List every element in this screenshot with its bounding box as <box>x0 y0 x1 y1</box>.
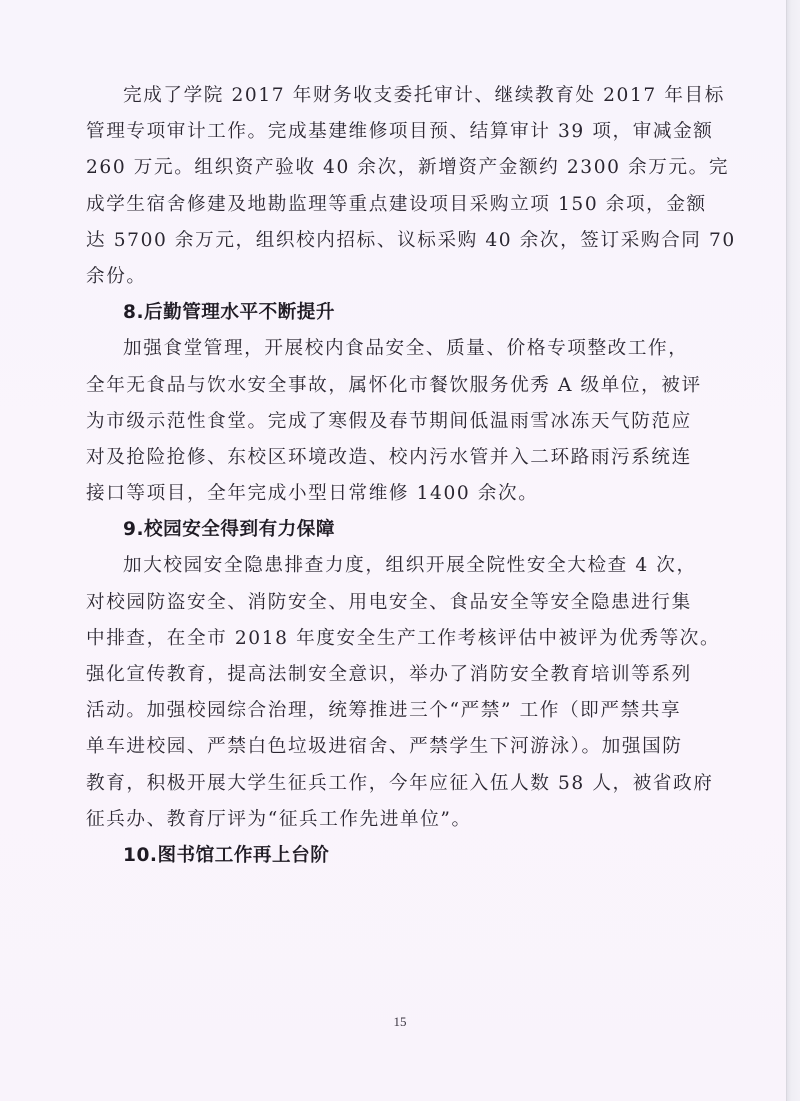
text-line: 余份。 <box>86 259 680 295</box>
text-line: 单车进校园、严禁白色垃圾进宿舍、严禁学生下河游泳）。加强国防 <box>86 729 680 765</box>
text-line: 征兵办、教育厅评为“征兵工作先进单位”。 <box>86 802 680 838</box>
section-heading-campus-safety: 9.校园安全得到有力保障 <box>86 512 680 548</box>
paragraph-audit-procurement: 完成了学院 2017 年财务收支委托审计、继续教育处 2017 年目标 管理专项… <box>86 78 680 295</box>
page-content: 完成了学院 2017 年财务收支委托审计、继续教育处 2017 年目标 管理专项… <box>86 78 680 874</box>
section-heading-library: 10.图书馆工作再上台阶 <box>86 838 680 874</box>
text-line: 活动。加强校园综合治理，统筹推进三个“严禁” 工作（即严禁共享 <box>86 693 680 729</box>
page-number: 15 <box>0 1014 800 1030</box>
text-line: 对校园防盗安全、消防安全、用电安全、食品安全等安全隐患进行集 <box>86 585 680 621</box>
text-line: 对及抢险抢修、东校区环境改造、校内污水管并入二环路雨污系统连 <box>86 440 680 476</box>
text-line: 加大校园安全隐患排查力度，组织开展全院性安全大检查 4 次， <box>86 548 680 584</box>
text-line: 接口等项目，全年完成小型日常维修 1400 余次。 <box>86 476 680 512</box>
text-line: 教育，积极开展大学生征兵工作，今年应征入伍人数 58 人，被省政府 <box>86 766 680 802</box>
text-line: 强化宣传教育，提高法制安全意识，举办了消防安全教育培训等系列 <box>86 657 680 693</box>
text-line: 为市级示范性食堂。完成了寒假及春节期间低温雨雪冰冻天气防范应 <box>86 404 680 440</box>
text-line: 全年无食品与饮水安全事故，属怀化市餐饮服务优秀 A 级单位，被评 <box>86 368 680 404</box>
paragraph-logistics: 加强食堂管理，开展校内食品安全、质量、价格专项整改工作， 全年无食品与饮水安全事… <box>86 331 680 512</box>
text-line: 完成了学院 2017 年财务收支委托审计、继续教育处 2017 年目标 <box>86 78 680 114</box>
section-heading-logistics: 8.后勤管理水平不断提升 <box>86 295 680 331</box>
text-line: 达 5700 余万元，组织校内招标、议标采购 40 余次，签订采购合同 70 <box>86 223 680 259</box>
scan-page-edge <box>786 0 800 1101</box>
paragraph-campus-safety: 加大校园安全隐患排查力度，组织开展全院性安全大检查 4 次， 对校园防盗安全、消… <box>86 548 680 838</box>
text-line: 成学生宿舍修建及地勘监理等重点建设项目采购立项 150 余项，金额 <box>86 187 680 223</box>
text-line: 中排查，在全市 2018 年度安全生产工作考核评估中被评为优秀等次。 <box>86 621 680 657</box>
text-line: 260 万元。组织资产验收 40 余次，新增资产金额约 2300 余万元。完 <box>86 150 680 186</box>
document-page: 完成了学院 2017 年财务收支委托审计、继续教育处 2017 年目标 管理专项… <box>0 0 786 1101</box>
text-line: 加强食堂管理，开展校内食品安全、质量、价格专项整改工作， <box>86 331 680 367</box>
text-line: 管理专项审计工作。完成基建维修项目预、结算审计 39 项，审减金额 <box>86 114 680 150</box>
